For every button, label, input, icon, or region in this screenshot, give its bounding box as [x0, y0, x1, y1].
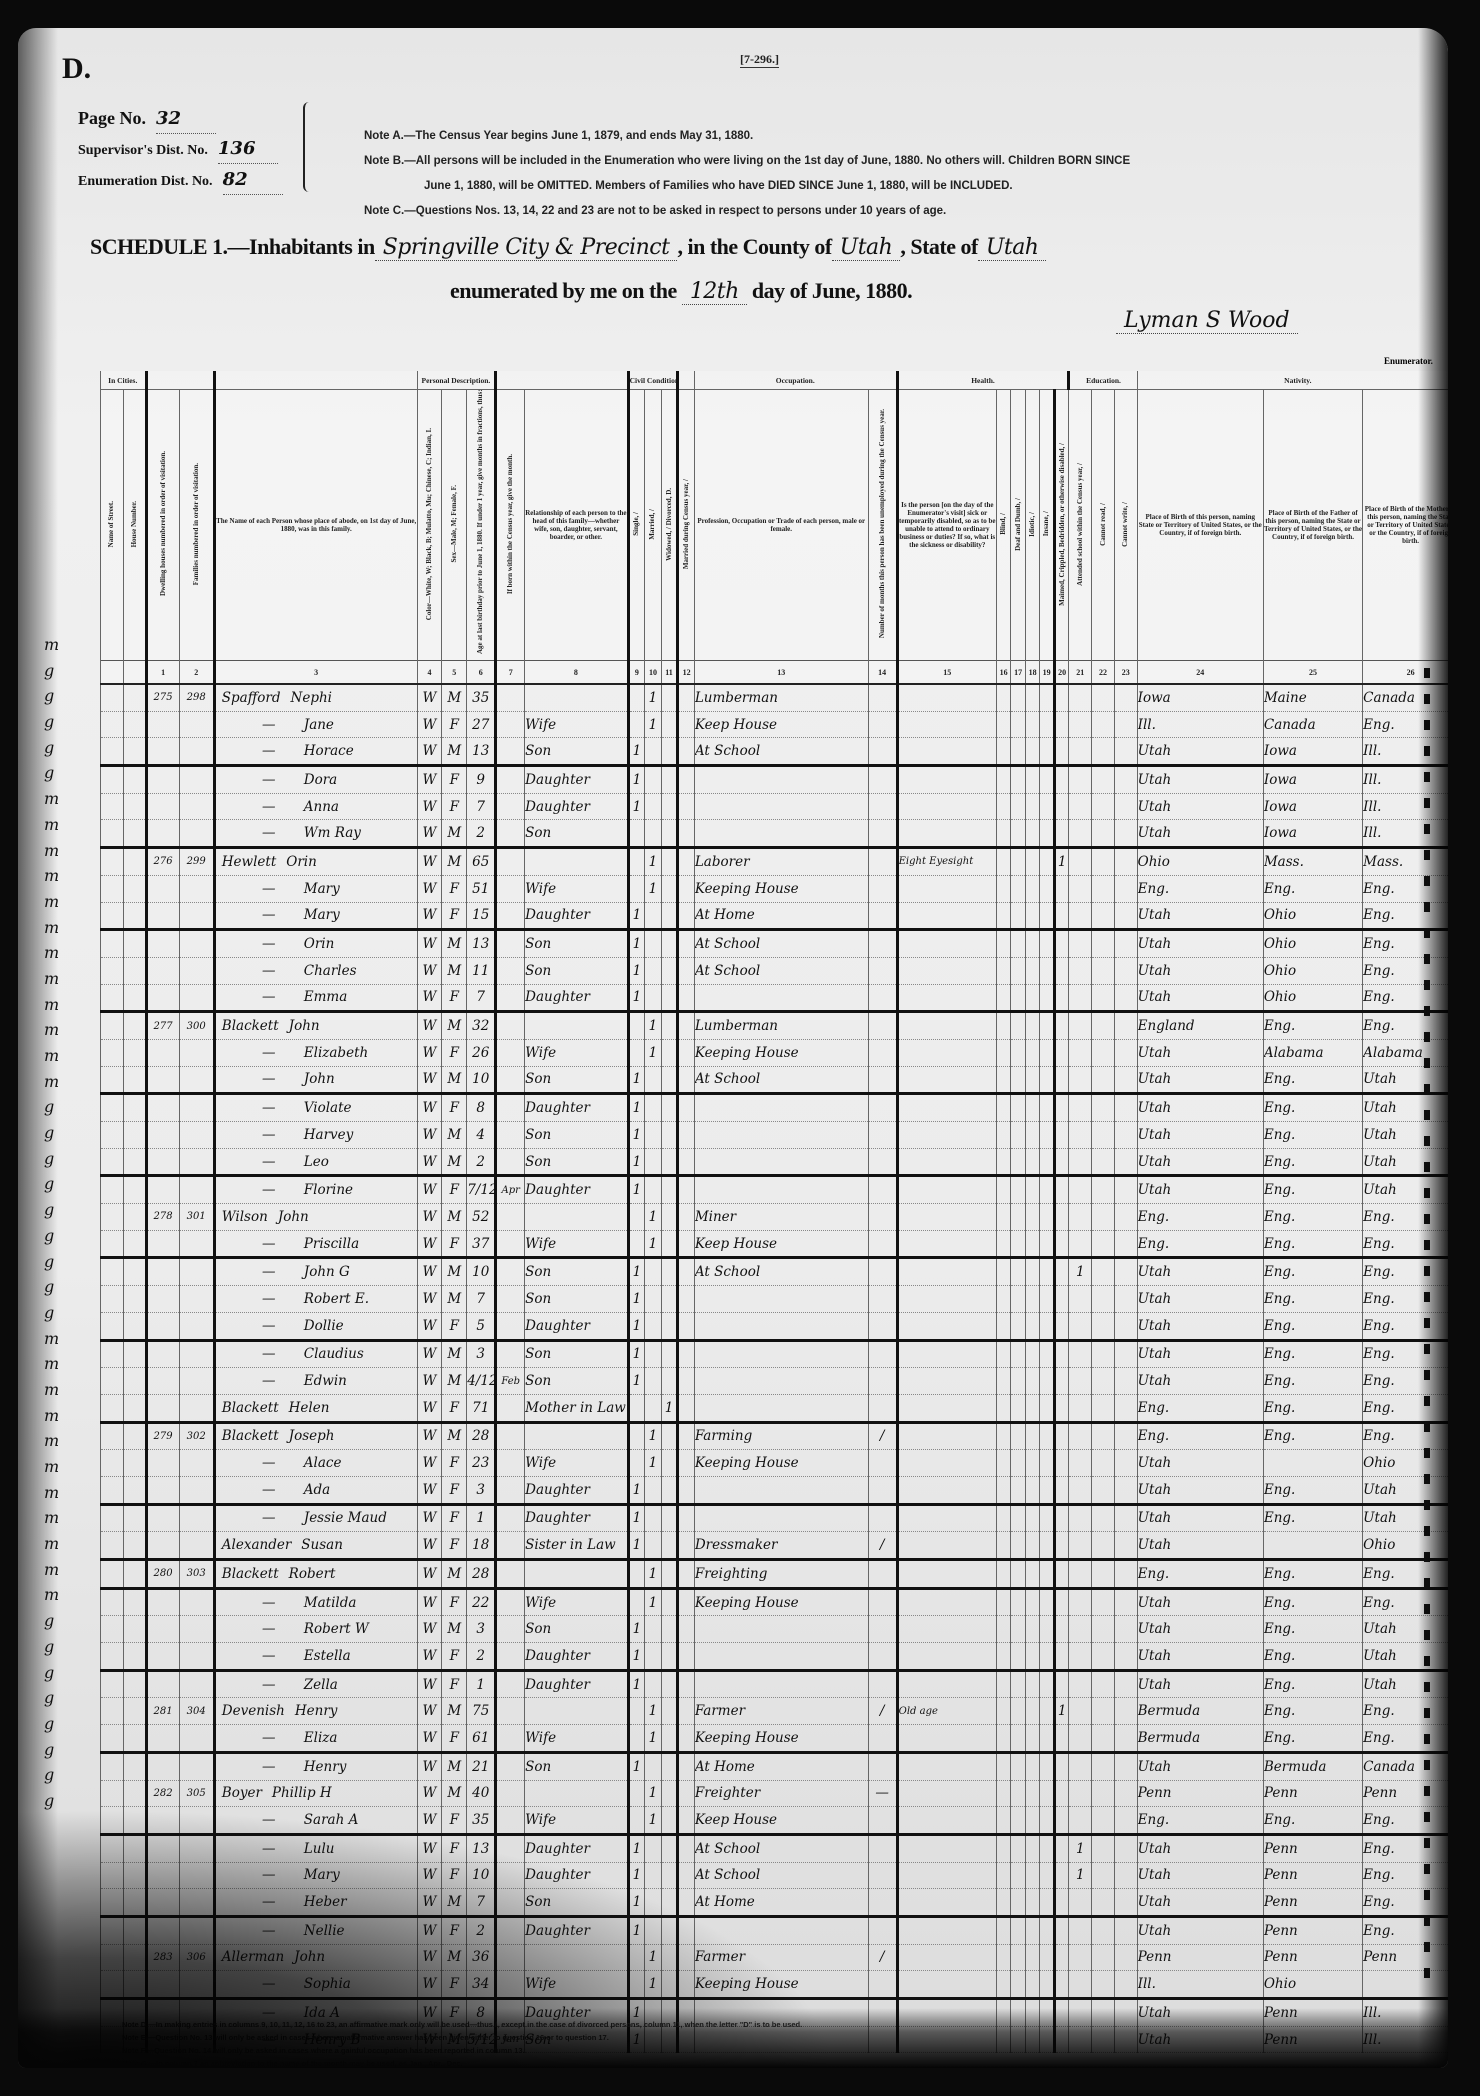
empty-cell — [996, 1862, 1010, 1889]
empty-cell — [123, 1094, 146, 1122]
margin-mark: m — [44, 1351, 100, 1377]
empty-cell — [1011, 820, 1025, 848]
widowed-cell — [661, 1148, 678, 1176]
empty-cell — [1092, 1476, 1115, 1504]
birth-cell: Utah — [1137, 1476, 1263, 1504]
age-cell: 75 — [467, 1698, 496, 1725]
enumeration-value: 82 — [223, 165, 283, 195]
single-cell — [628, 1204, 645, 1231]
column-header-label: The Name of each Person whose place of a… — [216, 517, 416, 533]
person-name-cell: —Robert W — [214, 1616, 417, 1643]
single-cell: 1 — [628, 984, 645, 1012]
empty-cell — [1025, 1286, 1039, 1313]
empty-cell — [1040, 1588, 1054, 1616]
person-name-cell: —Sarah A — [214, 1807, 417, 1835]
empty-cell — [101, 1039, 124, 1066]
single-cell: 1 — [628, 1834, 645, 1862]
birth-cell: Ill. — [1137, 711, 1263, 738]
margin-mark: g — [44, 1685, 100, 1711]
empty-cell — [1025, 1807, 1039, 1835]
given-name: Florine — [304, 1182, 353, 1198]
age-cell: 10 — [467, 1258, 496, 1286]
given-name: Sophia — [304, 1976, 351, 1992]
surname: — — [258, 1154, 280, 1170]
month-cell — [496, 1560, 525, 1589]
relation-cell: Son — [525, 820, 628, 848]
married-cell — [645, 1476, 662, 1504]
single-cell — [628, 820, 645, 848]
margin-mark: g — [44, 1223, 100, 1249]
occupation-cell — [694, 820, 868, 848]
empty-cell — [1040, 1476, 1054, 1504]
table-row: AlexanderSusanWF18Sister in Law1Dressmak… — [101, 1532, 1449, 1560]
occupation-cell — [694, 1616, 868, 1643]
empty-cell — [1040, 1394, 1054, 1422]
empty-cell — [996, 1725, 1010, 1753]
empty-cell — [678, 1148, 695, 1176]
empty-cell — [1092, 1834, 1115, 1862]
table-row: —ClaudiusWM3Son1UtahEng.Eng. — [101, 1340, 1449, 1368]
maimed-cell — [1054, 1862, 1069, 1889]
date-suffix: day of June, 1880. — [752, 278, 912, 303]
person-name-cell: BlackettHelen — [214, 1394, 417, 1422]
relation-cell: Son — [525, 1258, 628, 1286]
sick-cell — [897, 711, 996, 738]
person-name-cell: —Charles — [214, 957, 417, 984]
family-cell — [179, 1094, 214, 1122]
age-cell: 2 — [467, 820, 496, 848]
margin-mark — [44, 1839, 100, 1865]
margin-mark: m — [44, 1326, 100, 1352]
maimed-cell — [1054, 1012, 1069, 1040]
father-cell: Iowa — [1263, 793, 1362, 820]
empty-cell — [1114, 957, 1137, 984]
table-row: —AnnaWF7Daughter1UtahIowaIll. — [101, 793, 1449, 820]
unemployed-cell — [868, 711, 897, 738]
married-cell: 1 — [645, 1944, 662, 1971]
person-name-cell: —Estella — [214, 1643, 417, 1671]
empty-cell — [996, 1148, 1010, 1176]
dwelling-cell — [146, 1066, 179, 1094]
given-name: Charles — [304, 963, 357, 979]
empty-cell — [1114, 711, 1137, 738]
widowed-cell — [661, 1204, 678, 1231]
sex-cell: M — [442, 1258, 467, 1286]
family-cell — [179, 1588, 214, 1616]
sick-cell — [897, 1122, 996, 1149]
empty-cell — [123, 1725, 146, 1753]
occupation-cell: At School — [694, 1862, 868, 1889]
sick-cell — [897, 1476, 996, 1504]
column-header-label: If born within the Census year, give the… — [506, 454, 515, 594]
empty-cell — [996, 766, 1010, 794]
empty-cell — [123, 820, 146, 848]
table-row: —MaryWF15Daughter1At HomeUtahOhioEng. — [101, 902, 1449, 930]
margin-mark: g — [44, 1274, 100, 1300]
month-cell — [496, 1616, 525, 1643]
empty-cell — [1114, 1148, 1137, 1176]
age-cell: 8 — [467, 1094, 496, 1122]
empty-cell — [1040, 1752, 1054, 1780]
sex-cell: M — [442, 684, 467, 711]
empty-cell — [996, 1012, 1010, 1040]
relation-cell: Son — [525, 1616, 628, 1643]
column-number: 21 — [1069, 661, 1092, 685]
sex-cell: F — [442, 793, 467, 820]
maimed-cell — [1054, 1476, 1069, 1504]
birth-cell: Eng. — [1137, 1230, 1263, 1258]
occupation-cell — [694, 984, 868, 1012]
family-cell — [179, 1807, 214, 1835]
table-row: —HoraceWM13Son1At SchoolUtahIowaIll. — [101, 738, 1449, 766]
family-cell — [179, 957, 214, 984]
month-cell — [496, 1312, 525, 1340]
unemployed-cell — [868, 793, 897, 820]
sick-cell — [897, 1752, 996, 1780]
school-cell — [1069, 1039, 1092, 1066]
school-cell — [1069, 1725, 1092, 1753]
person-name-cell: —Mary — [214, 1862, 417, 1889]
father-cell: Eng. — [1263, 1312, 1362, 1340]
surname: — — [258, 1045, 280, 1061]
widowed-cell — [661, 1422, 678, 1450]
age-cell: 15 — [467, 902, 496, 930]
surname: — — [258, 936, 280, 952]
family-cell — [179, 1176, 214, 1204]
birth-cell: Utah — [1137, 1258, 1263, 1286]
sex-cell: F — [442, 875, 467, 902]
birth-cell: Eng. — [1137, 1807, 1263, 1835]
single-cell — [628, 1450, 645, 1477]
empty-cell — [1040, 848, 1054, 876]
empty-cell — [1025, 1450, 1039, 1477]
group-blank-4 — [678, 371, 695, 390]
age-cell: 7 — [467, 984, 496, 1012]
occupation-cell: Keeping House — [694, 875, 868, 902]
column-group-row: In Cities. Personal Description. Civil C… — [101, 371, 1449, 390]
empty-cell — [1025, 875, 1039, 902]
single-cell: 1 — [628, 1368, 645, 1395]
occupation-cell: At Home — [694, 902, 868, 930]
column-number: 7 — [496, 661, 525, 685]
column-number: 3 — [214, 661, 417, 685]
county-value: Utah — [832, 235, 901, 261]
birth-cell: Utah — [1137, 738, 1263, 766]
father-cell: Penn — [1263, 1834, 1362, 1862]
relation-cell — [525, 1422, 628, 1450]
empty-cell — [1011, 1368, 1025, 1395]
empty-cell — [1011, 1258, 1025, 1286]
column-header-label: Sex—Male, M; Female, F. — [450, 485, 459, 563]
unemployed-cell — [868, 684, 897, 711]
column-header-label: Relationship of each person to the head … — [525, 509, 626, 541]
empty-cell — [101, 1312, 124, 1340]
relation-cell: Daughter — [525, 793, 628, 820]
month-cell — [496, 1258, 525, 1286]
empty-cell — [1092, 957, 1115, 984]
group-health: Health. — [897, 371, 1069, 390]
occupation-cell — [694, 1148, 868, 1176]
relation-cell — [525, 1012, 628, 1040]
empty-cell — [678, 711, 695, 738]
empty-cell — [996, 1643, 1010, 1671]
empty-cell — [123, 738, 146, 766]
table-row: 280303BlackettRobertWM281FreightingEng.E… — [101, 1560, 1449, 1589]
empty-cell — [1025, 1012, 1039, 1040]
unemployed-cell — [868, 848, 897, 876]
empty-cell — [1040, 1368, 1054, 1395]
dwelling-cell — [146, 1450, 179, 1477]
surname: — — [258, 1923, 280, 1939]
widowed-cell — [661, 1862, 678, 1889]
empty-cell — [123, 1807, 146, 1835]
empty-cell — [1025, 711, 1039, 738]
unemployed-cell — [868, 1752, 897, 1780]
widowed-cell — [661, 1780, 678, 1807]
month-cell — [496, 1094, 525, 1122]
empty-cell — [1092, 1670, 1115, 1698]
column-header-label: Place of Birth of the Father of this per… — [1264, 509, 1362, 541]
empty-cell — [1025, 1834, 1039, 1862]
group-in-cities: In Cities. — [101, 371, 147, 390]
column-header-label: Widowed, / Divorced, D. — [665, 488, 674, 561]
unemployed-cell — [868, 1916, 897, 1944]
column-header-label: Married, / — [648, 509, 657, 540]
empty-cell — [1092, 1176, 1115, 1204]
empty-cell — [678, 1286, 695, 1313]
color-cell: W — [417, 1532, 442, 1560]
relation-cell: Son — [525, 738, 628, 766]
empty-cell — [123, 1340, 146, 1368]
empty-cell — [996, 848, 1010, 876]
empty-cell — [1025, 1476, 1039, 1504]
age-cell: 5 — [467, 1312, 496, 1340]
table-row: —HarveyWM4Son1UtahEng.Utah — [101, 1122, 1449, 1149]
birth-cell: Penn — [1137, 1944, 1263, 1971]
column-header-label: Is the person [on the day of the Enumera… — [899, 501, 995, 549]
surname: — — [258, 1182, 280, 1198]
father-cell: Ohio — [1263, 902, 1362, 930]
surname: — — [258, 1455, 280, 1471]
family-cell — [179, 1971, 214, 1999]
family-cell — [179, 1148, 214, 1176]
empty-cell — [678, 1725, 695, 1753]
empty-cell — [1025, 1394, 1039, 1422]
sex-cell: F — [442, 902, 467, 930]
empty-cell — [1092, 1148, 1115, 1176]
column-header-label: Blind, / — [999, 513, 1008, 535]
note-a: Note A.—The Census Year begins June 1, 1… — [364, 124, 1130, 149]
occupation-cell — [694, 1476, 868, 1504]
empty-cell — [1040, 1094, 1054, 1122]
month-cell — [496, 1204, 525, 1231]
margin-mark: m — [44, 786, 100, 812]
empty-cell — [1011, 957, 1025, 984]
sick-cell — [897, 1560, 996, 1589]
table-row: —NellieWF2Daughter1UtahPennEng. — [101, 1916, 1449, 1944]
given-name: Leo — [304, 1154, 329, 1170]
empty-cell — [123, 1148, 146, 1176]
month-cell — [496, 1286, 525, 1313]
maimed-cell — [1054, 1616, 1069, 1643]
given-name: Harvey — [304, 1127, 354, 1143]
column-number: 24 — [1137, 661, 1263, 685]
column-header-label: Single, / — [632, 512, 641, 536]
empty-cell — [123, 1066, 146, 1094]
empty-cell — [996, 902, 1010, 930]
empty-cell — [1114, 1039, 1137, 1066]
school-cell — [1069, 1148, 1092, 1176]
column-number-row: 1234567891011121314151617181920212223242… — [101, 661, 1449, 685]
surname: Spafford — [222, 690, 281, 706]
married-cell — [645, 766, 662, 794]
father-cell: Iowa — [1263, 738, 1362, 766]
married-cell — [645, 1532, 662, 1560]
father-cell: Penn — [1263, 1944, 1362, 1971]
unemployed-cell — [868, 1971, 897, 1999]
dwelling-cell — [146, 1834, 179, 1862]
empty-cell — [678, 1616, 695, 1643]
month-cell — [496, 1122, 525, 1149]
occupation-cell: Keeping House — [694, 1971, 868, 1999]
birth-cell: Utah — [1137, 1616, 1263, 1643]
empty-cell — [1040, 1176, 1054, 1204]
color-cell: W — [417, 1504, 442, 1532]
empty-cell — [123, 1780, 146, 1807]
birth-cell: Iowa — [1137, 684, 1263, 711]
table-row: —Robert E.WM7Son1UtahEng.Eng. — [101, 1286, 1449, 1313]
unemployed-cell — [868, 738, 897, 766]
birth-cell: Utah — [1137, 1532, 1263, 1560]
state-label: , State of — [900, 234, 977, 259]
surname: Wilson — [222, 1209, 268, 1225]
family-cell — [179, 1862, 214, 1889]
empty-cell — [678, 1258, 695, 1286]
empty-cell — [1114, 1450, 1137, 1477]
empty-cell — [1092, 1286, 1115, 1313]
empty-cell — [101, 930, 124, 958]
color-cell: W — [417, 738, 442, 766]
color-cell: W — [417, 1422, 442, 1450]
surname: — — [258, 1291, 280, 1307]
sick-cell — [897, 1258, 996, 1286]
unemployed-cell — [868, 1807, 897, 1835]
birth-cell: England — [1137, 1012, 1263, 1040]
relation-cell: Daughter — [525, 1176, 628, 1204]
empty-cell — [678, 1670, 695, 1698]
birth-cell: Utah — [1137, 1450, 1263, 1477]
birth-cell: Eng. — [1137, 875, 1263, 902]
month-cell — [496, 1643, 525, 1671]
margin-mark: m — [44, 1557, 100, 1583]
empty-cell — [678, 793, 695, 820]
empty-cell — [1092, 1368, 1115, 1395]
father-cell: Bermuda — [1263, 1752, 1362, 1780]
empty-cell — [1040, 1807, 1054, 1835]
widowed-cell — [661, 1532, 678, 1560]
column-header-label: Insane, / — [1042, 511, 1051, 536]
sick-cell — [897, 1834, 996, 1862]
empty-cell — [101, 1230, 124, 1258]
family-cell — [179, 711, 214, 738]
surname: — — [258, 743, 280, 759]
empty-cell — [678, 1094, 695, 1122]
dwelling-cell — [146, 1258, 179, 1286]
father-cell: Eng. — [1263, 1422, 1362, 1450]
married-cell: 1 — [645, 1725, 662, 1753]
empty-cell — [1011, 1862, 1025, 1889]
married-cell: 1 — [645, 1807, 662, 1835]
empty-cell — [996, 1916, 1010, 1944]
color-cell: W — [417, 1476, 442, 1504]
widowed-cell — [661, 684, 678, 711]
month-cell — [496, 1532, 525, 1560]
married-cell — [645, 1094, 662, 1122]
empty-cell — [678, 848, 695, 876]
person-name-cell: —Violate — [214, 1094, 417, 1122]
maimed-cell — [1054, 820, 1069, 848]
occupation-cell: At School — [694, 957, 868, 984]
single-cell — [628, 1780, 645, 1807]
margin-annotations: mgggggmmmmmmmmmmmmgggggggggmmmmmmmmmmmgg… — [44, 632, 100, 1916]
maimed-cell — [1054, 1643, 1069, 1671]
column-header-label: Color—White, W; Black, B; Mulatto, Mu; C… — [425, 428, 434, 620]
birth-cell: Utah — [1137, 902, 1263, 930]
relation-cell: Son — [525, 1340, 628, 1368]
married-cell: 1 — [645, 1698, 662, 1725]
empty-cell — [101, 1094, 124, 1122]
empty-cell — [1040, 1862, 1054, 1889]
father-cell: Eng. — [1263, 1148, 1362, 1176]
empty-cell — [101, 820, 124, 848]
column-header: Insane, / — [1040, 390, 1054, 661]
age-cell: 61 — [467, 1725, 496, 1753]
school-cell — [1069, 1176, 1092, 1204]
age-cell: 13 — [467, 930, 496, 958]
census-page: D. [7-296.] Page No.32 Supervisor's Dist… — [18, 28, 1448, 2068]
married-cell — [645, 1258, 662, 1286]
empty-cell — [1040, 1066, 1054, 1094]
empty-cell — [1114, 1422, 1137, 1450]
given-name: Emma — [304, 989, 348, 1005]
surname: — — [258, 1373, 280, 1389]
margin-mark: m — [44, 1428, 100, 1454]
column-number: 13 — [694, 661, 868, 685]
column-number: 17 — [1011, 661, 1025, 685]
empty-cell — [1025, 1368, 1039, 1395]
color-cell: W — [417, 1148, 442, 1176]
sick-cell — [897, 930, 996, 958]
sex-cell: F — [442, 1588, 467, 1616]
table-row: —JohnWM10Son1At SchoolUtahEng.Utah — [101, 1066, 1449, 1094]
family-cell — [179, 930, 214, 958]
empty-cell — [123, 1476, 146, 1504]
age-cell: 51 — [467, 875, 496, 902]
column-header-label: House Number. — [130, 501, 139, 547]
month-cell — [496, 1752, 525, 1780]
empty-cell — [101, 1504, 124, 1532]
sick-cell — [897, 1312, 996, 1340]
unemployed-cell — [868, 1643, 897, 1671]
table-row: 275298SpaffordNephiWM351LumbermanIowaMai… — [101, 684, 1449, 711]
school-cell — [1069, 1450, 1092, 1477]
table-row: —PriscillaWF37Wife1Keep HouseEng.Eng.Eng… — [101, 1230, 1449, 1258]
enumeration-date-line: enumerated by me on the 12th day of June… — [450, 278, 912, 304]
unemployed-cell — [868, 1176, 897, 1204]
empty-cell — [101, 1176, 124, 1204]
month-cell — [496, 1834, 525, 1862]
color-cell: W — [417, 1588, 442, 1616]
